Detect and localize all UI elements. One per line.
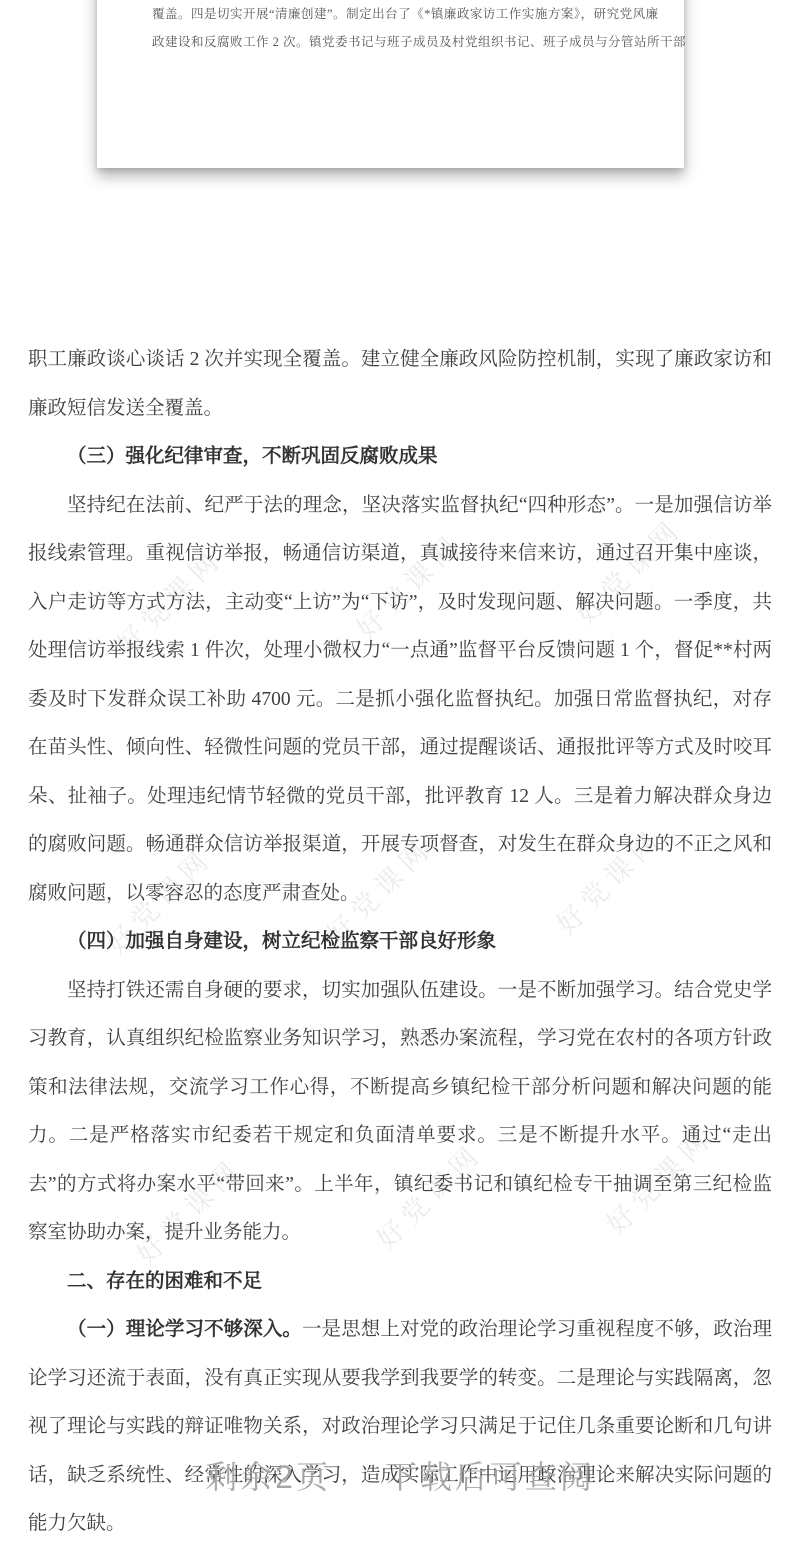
paragraph-continuation: 职工廉政谈心谈话 2 次并实现全覆盖。建立健全廉政风险防控机制，实现了廉政家访和…: [28, 336, 772, 433]
section-heading-part2: 二、存在的困难和不足: [28, 1258, 772, 1307]
paragraph: 坚持打铁还需自身硬的要求，切实加强队伍建设。一是不断加强学习。结合党史学习教育，…: [28, 967, 772, 1258]
remaining-pages-count: 剩余2页: [205, 1459, 331, 1495]
paragraph: （一）理论学习不够深入。一是思想上对党的政治理论学习重视程度不够，政治理论学习还…: [28, 1306, 772, 1549]
remaining-pages-hint: 剩余2页 下载后可查阅: [0, 1452, 800, 1498]
previous-page-preview-card: 覆盖。四是切实开展“清廉创建”。制定出台了《*镇廉政家访工作实施方案》，研究党风…: [97, 0, 684, 168]
download-to-view-hint: 下载后可查阅: [385, 1459, 595, 1495]
section-heading-3: （三）强化纪律审查，不断巩固反腐败成果: [28, 433, 772, 482]
paragraph-lead: （一）理论学习不够深入。: [67, 1319, 302, 1340]
document-page-content: 职工廉政谈心谈话 2 次并实现全覆盖。建立健全廉政风险防控机制，实现了廉政家访和…: [0, 336, 800, 1549]
section-heading-4: （四）加强自身建设，树立纪检监察干部良好形象: [28, 918, 772, 967]
previous-page-text-line: 覆盖。四是切实开展“清廉创建”。制定出台了《*镇廉政家访工作实施方案》，研究党风…: [152, 0, 640, 28]
previous-page-text-line: 政建设和反腐败工作 2 次。镇党委书记与班子成员及村党组织书记、班子成员与分管站…: [152, 28, 640, 56]
paragraph-body: 一是思想上对党的政治理论学习重视程度不够，政治理论学习还流于表面，没有真正实现从…: [28, 1319, 772, 1534]
paragraph: 坚持纪在法前、纪严于法的理念，坚决落实监督执纪“四种形态”。一是加强信访举报线索…: [28, 482, 772, 919]
